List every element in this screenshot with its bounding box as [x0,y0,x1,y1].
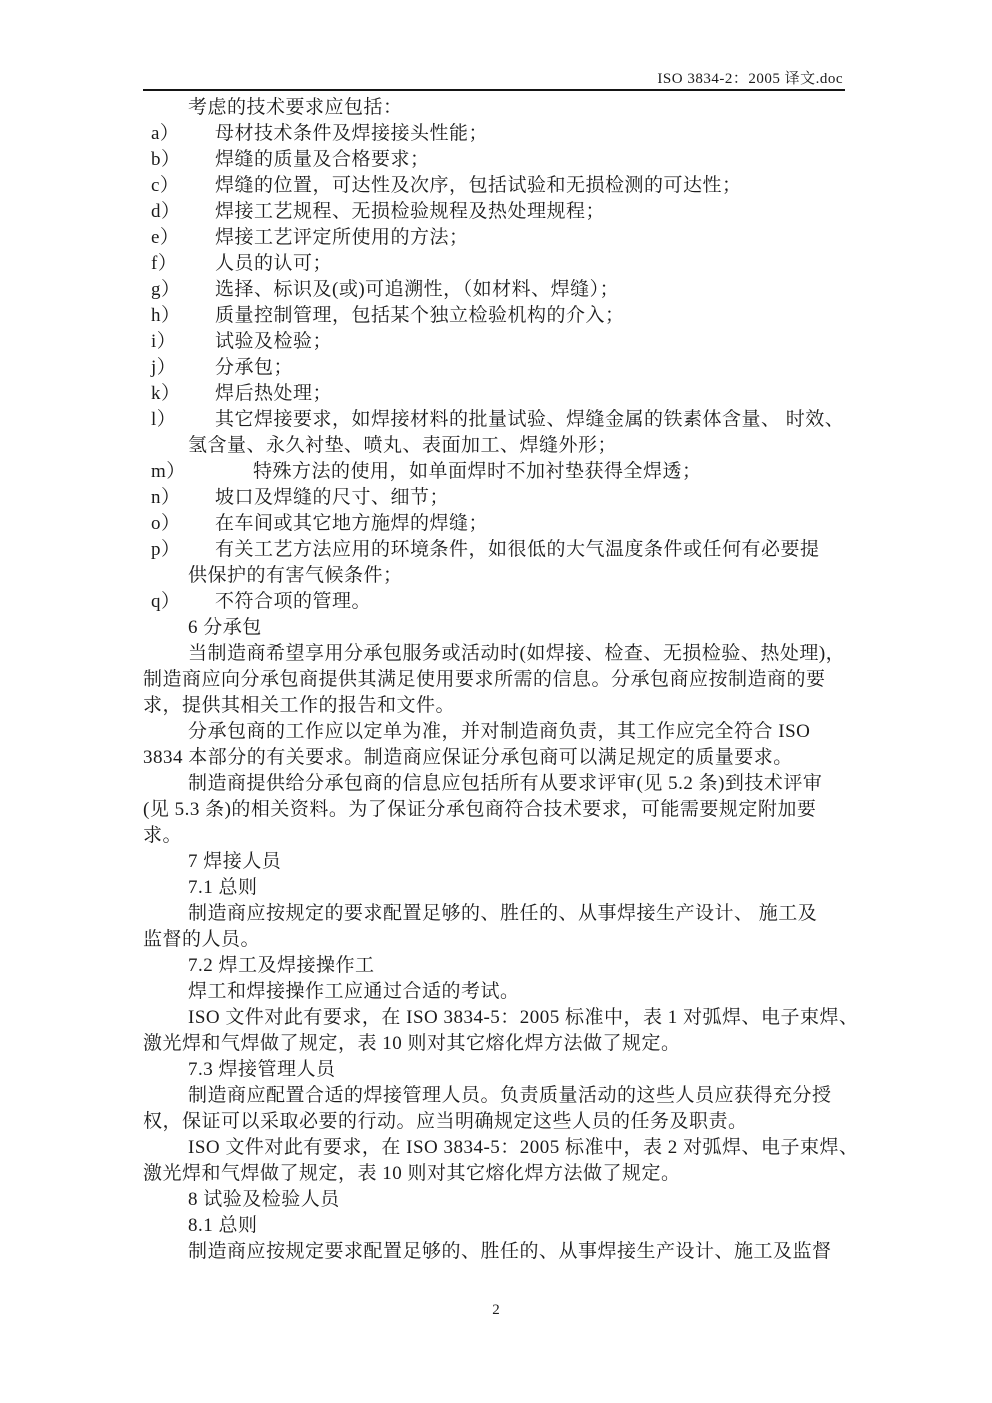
text-line: 制造商应按规定要求配置足够的、胜任的、从事焊接生产设计、施工及监督 [143,1239,873,1265]
list-text: 其它焊接要求，如焊接材料的批量试验、焊缝金属的铁素体含量、 时效、 [215,409,844,430]
list-text: 质量控制管理，包括某个独立检验机构的介入； [215,305,625,326]
list-text: 不符合项的管理。 [215,591,371,612]
section-heading: 8 试验及检验人员 [143,1187,873,1213]
list-text: 焊接工艺评定所使用的方法； [215,227,469,248]
list-letter: l） [151,407,176,433]
text-line: 求，提供其相关工作的报告和文件。 [143,693,873,719]
document-page: ISO 3834-2：2005 译文.doc 考虑的技术要求应包括： a）母材技… [0,0,992,1403]
list-letter: p） [151,537,181,563]
section-heading: 8.1 总则 [143,1213,873,1239]
list-letter: n） [151,485,181,511]
list-text: 焊后热处理； [215,383,332,404]
text-line: (见 5.3 条)的相关资料。为了保证分承包商符合技术要求，可能需要规定附加要 [143,797,873,823]
text-line: 制造商应配置合适的焊接管理人员。负责质量活动的这些人员应获得充分授 [143,1083,873,1109]
list-letter: k） [151,381,181,407]
text-line: ISO 文件对此有要求，在 ISO 3834-5：2005 标准中，表 2 对弧… [143,1135,873,1161]
list-text: 坡口及焊缝的尺寸、细节； [215,487,449,508]
text-line: 权，保证可以采取必要的行动。应当明确规定这些人员的任务及职责。 [143,1109,873,1135]
list-text: 试验及检验； [215,331,332,352]
list-item: a）母材技术条件及焊接接头性能； [143,121,873,147]
section-heading: 7 焊接人员 [143,849,873,875]
list-letter: e） [151,225,179,251]
text-line: 考虑的技术要求应包括： [143,95,873,121]
list-text: 焊缝的位置，可达性及次序，包括试验和无损检测的可达性； [215,175,742,196]
list-letter: b） [151,147,181,173]
section-heading: 7.3 焊接管理人员 [143,1057,873,1083]
list-letter: j） [151,355,176,381]
list-item: m）特殊方法的使用，如单面焊时不加衬垫获得全焊透； [143,459,873,485]
text-line: 求。 [143,823,873,849]
list-letter: m） [151,459,186,485]
text-line: 分承包商的工作应以定单为准，并对制造商负责，其工作应完全符合 ISO [143,719,873,745]
list-item: q）不符合项的管理。 [143,589,873,615]
list-letter: d） [151,199,181,225]
list-item: b）焊缝的质量及合格要求； [143,147,873,173]
list-letter: i） [151,329,176,355]
list-letter: a） [151,121,179,147]
text-line: 制造商应向分承包商提供其满足使用要求所需的信息。分承包商应按制造商的要 [143,667,873,693]
section-heading: 7.2 焊工及焊接操作工 [143,953,873,979]
list-text: 母材技术条件及焊接接头性能； [215,123,488,144]
list-item: o）在车间或其它地方施焊的焊缝； [143,511,873,537]
list-letter: c） [151,173,179,199]
page-number: 2 [0,1300,992,1320]
section-heading: 7.1 总则 [143,875,873,901]
list-item: d）焊接工艺规程、无损检验规程及热处理规程； [143,199,873,225]
list-item: g）选择、标识及(或)可追溯性，（如材料、焊缝）； [143,277,873,303]
text-line: 监督的人员。 [143,927,873,953]
list-text: 人员的认可； [215,253,332,274]
text-line: 激光焊和气焊做了规定，表 10 则对其它熔化焊方法做了规定。 [143,1031,873,1057]
text-line: 当制造商希望享用分承包服务或活动时(如焊接、检查、无损检验、热处理)， [143,641,873,667]
list-text: 有关工艺方法应用的环境条件，如很低的大气温度条件或任何有必要提 [215,539,820,560]
text-line: ISO 文件对此有要求，在 ISO 3834-5：2005 标准中，表 1 对弧… [143,1005,873,1031]
list-item: e）焊接工艺评定所使用的方法； [143,225,873,251]
list-item: p）有关工艺方法应用的环境条件，如很低的大气温度条件或任何有必要提 [143,537,873,563]
text-line: 供保护的有害气候条件； [143,563,873,589]
text-line: 制造商提供给分承包商的信息应包括所有从要求评审(见 5.2 条)到技术评审 [143,771,873,797]
list-item: f）人员的认可； [143,251,873,277]
list-text: 焊接工艺规程、无损检验规程及热处理规程； [215,201,605,222]
list-letter: o） [151,511,181,537]
list-letter: h） [151,303,181,329]
text-line: 3834 本部分的有关要求。制造商应保证分承包商可以满足规定的质量要求。 [143,745,873,771]
list-text: 特殊方法的使用，如单面焊时不加衬垫获得全焊透； [253,461,702,482]
list-text: 在车间或其它地方施焊的焊缝； [215,513,488,534]
text-line: 焊工和焊接操作工应通过合适的考试。 [143,979,873,1005]
list-text: 焊缝的质量及合格要求； [215,149,430,170]
list-letter: f） [151,251,177,277]
header-rule [143,89,845,91]
list-item: j）分承包； [143,355,873,381]
header-filename: ISO 3834-2：2005 译文.doc [143,70,843,88]
list-item: c）焊缝的位置，可达性及次序，包括试验和无损检测的可达性； [143,173,873,199]
text-line: 制造商应按规定的要求配置足够的、胜任的、从事焊接生产设计、 施工及 [143,901,873,927]
list-item: l）其它焊接要求，如焊接材料的批量试验、焊缝金属的铁素体含量、 时效、 [143,407,873,433]
list-letter: g） [151,277,181,303]
list-text: 选择、标识及(或)可追溯性，（如材料、焊缝）； [215,279,619,300]
list-text: 分承包； [215,357,293,378]
document-body: 考虑的技术要求应包括： a）母材技术条件及焊接接头性能； b）焊缝的质量及合格要… [143,95,873,1265]
list-item: k）焊后热处理； [143,381,873,407]
list-item: i）试验及检验； [143,329,873,355]
list-item: n）坡口及焊缝的尺寸、细节； [143,485,873,511]
section-heading: 6 分承包 [143,615,873,641]
text-line: 激光焊和气焊做了规定，表 10 则对其它熔化焊方法做了规定。 [143,1161,873,1187]
text-line: 氢含量、永久衬垫、喷丸、表面加工、焊缝外形； [143,433,873,459]
list-letter: q） [151,589,181,615]
list-item: h）质量控制管理，包括某个独立检验机构的介入； [143,303,873,329]
